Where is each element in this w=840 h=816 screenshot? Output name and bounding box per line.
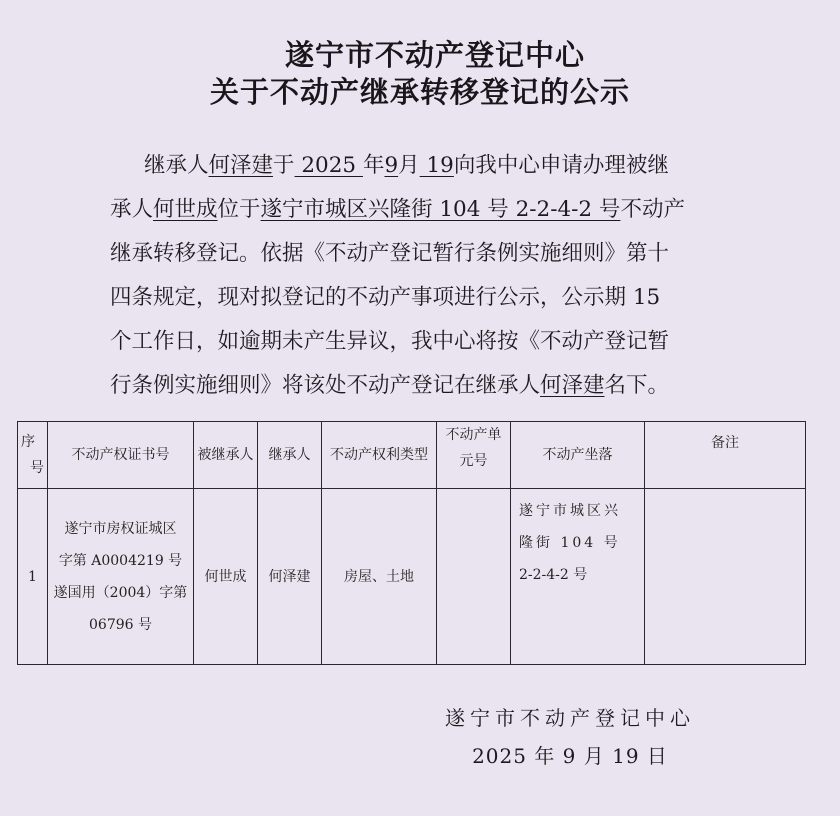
footer-organization: 遂宁市不动产登记中心 — [430, 702, 710, 731]
cell-right-type: 房屋、土地 — [322, 489, 437, 665]
cell-location: 遂宁市城区兴 隆街 104 号 2-2-4-2 号 — [511, 489, 645, 665]
cell-unit-no — [437, 489, 511, 665]
text: 位于 — [218, 197, 261, 222]
paragraph-line-4: 四条规定，现对拟登记的不动产事项进行公示，公示期 15 — [110, 276, 710, 320]
header-heir: 继承人 — [258, 422, 322, 489]
cell-deceased: 何世成 — [194, 489, 258, 665]
text: 于 — [273, 153, 295, 178]
text: 年 — [363, 153, 385, 178]
text: 月 — [398, 153, 420, 178]
header-text: 序 — [21, 429, 44, 455]
notice-paragraph: 继承人何泽建于 2025 年9月 19向我中心申请办理被继 承人何世成位于遂宁市… — [110, 144, 710, 408]
cell-cert-no: 遂宁市房权证城区 字第 A0004219 号 遂国用（2004）字第 06796… — [48, 489, 194, 665]
header-text: 不动产单 — [440, 422, 507, 448]
paragraph-line-3: 继承转移登记。依据《不动产登记暂行条例实施细则》第十 — [110, 232, 710, 276]
text: 承人 — [110, 197, 153, 222]
cell-remarks — [645, 489, 806, 665]
header-deceased: 被继承人 — [194, 422, 258, 489]
paragraph-line-6: 行条例实施细则》将该处不动产登记在继承人何泽建名下。 — [110, 364, 710, 408]
header-text: 号 — [21, 455, 44, 481]
heir-name: 何泽建 — [209, 153, 274, 178]
cell-text: 2-2-4-2 号 — [519, 559, 641, 591]
cell-text: 遂宁市房权证城区 — [51, 513, 190, 545]
header-right-type: 不动产权利类型 — [322, 422, 437, 489]
title-notice: 关于不动产继承转移登记的公示 — [0, 70, 840, 111]
header-location: 不动产坐落 — [511, 422, 645, 489]
text: 行条例实施细则》将该处不动产登记在继承人 — [110, 373, 540, 398]
table-row: 1 遂宁市房权证城区 字第 A0004219 号 遂国用（2004）字第 067… — [18, 489, 806, 665]
cell-text: 隆街 104 号 — [519, 527, 641, 559]
text: 向我中心申请办理被继 — [454, 153, 669, 178]
heir-name: 何泽建 — [540, 373, 605, 398]
paragraph-line-1: 继承人何泽建于 2025 年9月 19向我中心申请办理被继 — [110, 144, 710, 188]
text: 继承人 — [144, 153, 209, 178]
title-organization: 遂宁市不动产登记中心 — [0, 33, 840, 74]
cell-text: 遂宁市城区兴 — [519, 495, 641, 527]
header-text: 元号 — [440, 448, 507, 474]
cell-heir: 何泽建 — [258, 489, 322, 665]
header-seq: 序 号 — [18, 422, 48, 489]
header-remarks: 备注 — [645, 422, 806, 489]
application-month: 9 — [384, 153, 398, 178]
cell-text: 字第 A0004219 号 — [51, 545, 190, 577]
paragraph-line-5: 个工作日，如逾期未产生异议，我中心将按《不动产登记暂 — [110, 320, 710, 364]
cell-seq: 1 — [18, 489, 48, 665]
application-year: 2025 — [295, 153, 363, 178]
text: 名下。 — [605, 373, 670, 398]
table-header-row: 序 号 不动产权证书号 被继承人 继承人 不动产权利类型 不动产单 元号 不动产… — [18, 422, 806, 489]
property-table: 序 号 不动产权证书号 被继承人 继承人 不动产权利类型 不动产单 元号 不动产… — [17, 421, 806, 665]
header-cert-no: 不动产权证书号 — [48, 422, 194, 489]
text: 不动产 — [620, 197, 685, 222]
paragraph-line-2: 承人何世成位于遂宁市城区兴隆街 104 号 2-2-4-2 号不动产 — [110, 188, 710, 232]
property-address: 遂宁市城区兴隆街 104 号 2-2-4-2 号 — [261, 197, 621, 222]
footer-date: 2025 年 9 月 19 日 — [430, 740, 710, 769]
cell-text: 遂国用（2004）字第 — [51, 577, 190, 609]
deceased-name: 何世成 — [153, 197, 218, 222]
cell-text: 06796 号 — [51, 609, 190, 641]
header-unit-no: 不动产单 元号 — [437, 422, 511, 489]
application-day: 19 — [420, 153, 454, 178]
